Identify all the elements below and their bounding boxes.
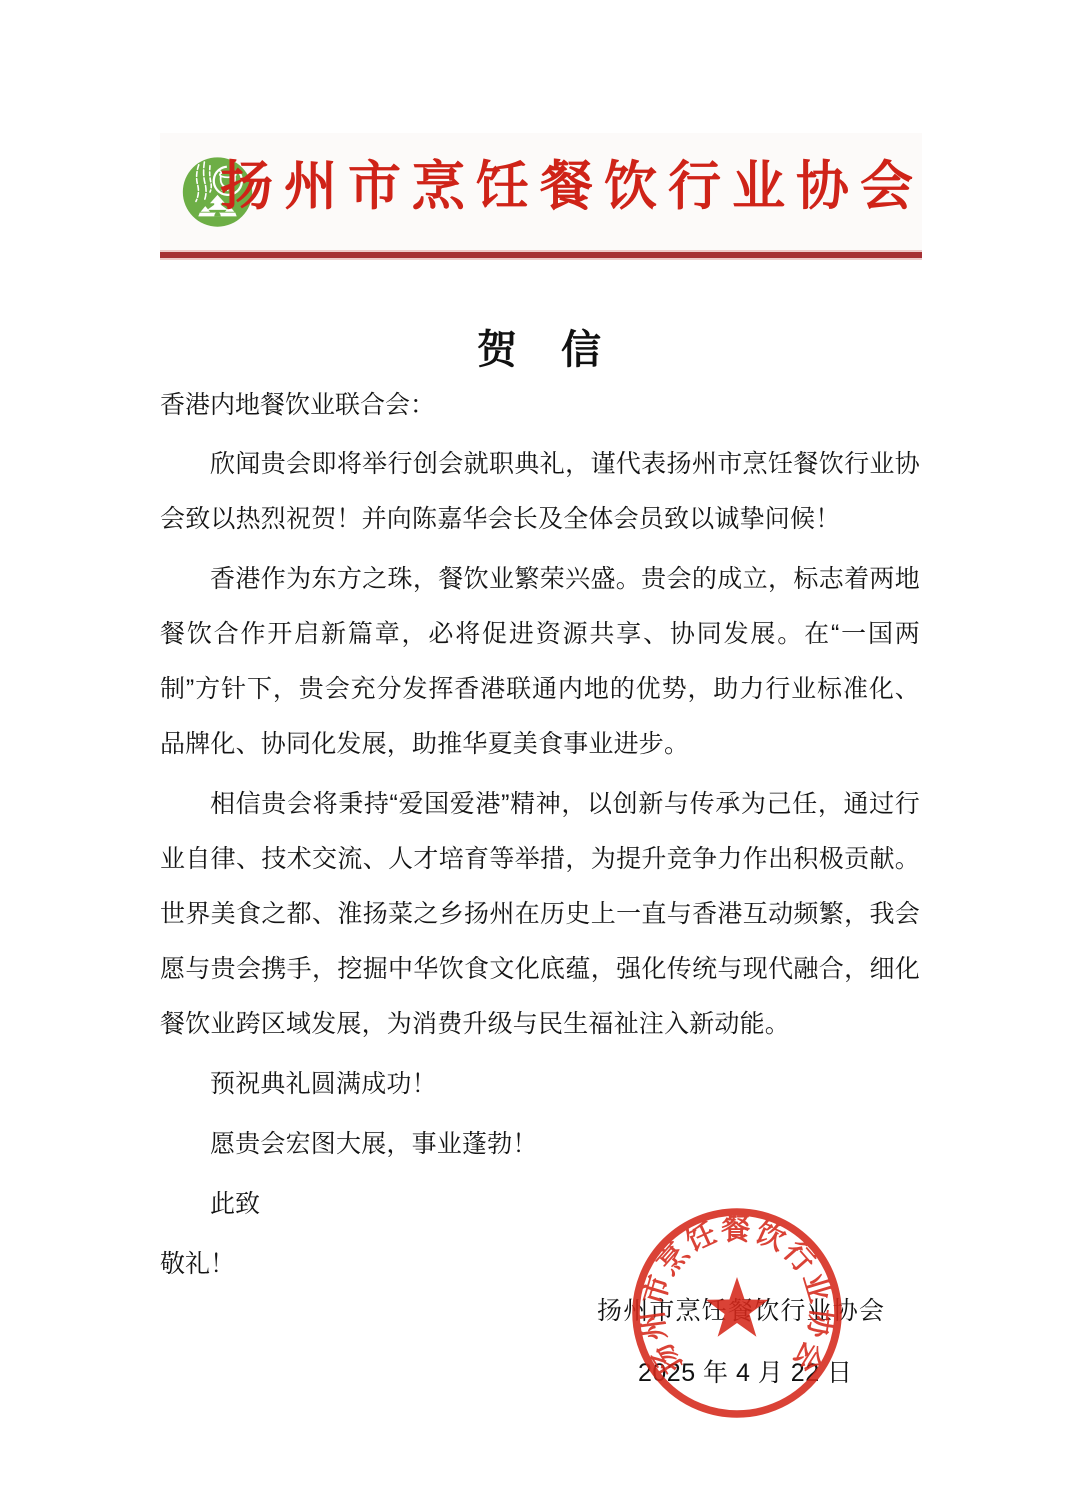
paragraph-2: 香港作为东方之珠，餐饮业繁荣兴盛。贵会的成立，标志着两地餐饮合作开启新篇章，必将… (160, 552, 920, 772)
seal-star-icon (706, 1277, 769, 1337)
official-seal: 扬州市烹饪餐饮行业协会 (627, 1203, 847, 1423)
salutation: 香港内地餐饮业联合会： (160, 378, 920, 433)
paragraph-wish-1: 预祝典礼圆满成功！ (160, 1057, 920, 1112)
paragraph-1: 欣闻贵会即将举行创会就职典礼，谨代表扬州市烹饪餐饮行业协会致以热烈祝贺！并向陈嘉… (160, 437, 920, 547)
congratulatory-letter-page: 扬州市烹饪餐饮行业协会 贺 信 香港内地餐饮业联合会： 欣闻贵会即将举行创会就职… (0, 0, 1080, 1511)
paragraph-wish-2: 愿贵会宏图大展，事业蓬勃！ (160, 1117, 920, 1172)
paragraph-3: 相信贵会将秉持“爱国爱港”精神，以创新与传承为己任，通过行业自律、技术交流、人才… (160, 777, 920, 1052)
letterhead-banner: 扬州市烹饪餐饮行业协会 (160, 133, 922, 251)
letterhead-org-name: 扬州市烹饪餐饮行业协会 (238, 123, 906, 241)
letter-body: 贺 信 香港内地餐饮业联合会： 欣闻贵会即将举行创会就职典礼，谨代表扬州市烹饪餐… (160, 322, 920, 1292)
letterhead-divider (160, 252, 922, 258)
letter-title: 贺 信 (160, 322, 920, 378)
